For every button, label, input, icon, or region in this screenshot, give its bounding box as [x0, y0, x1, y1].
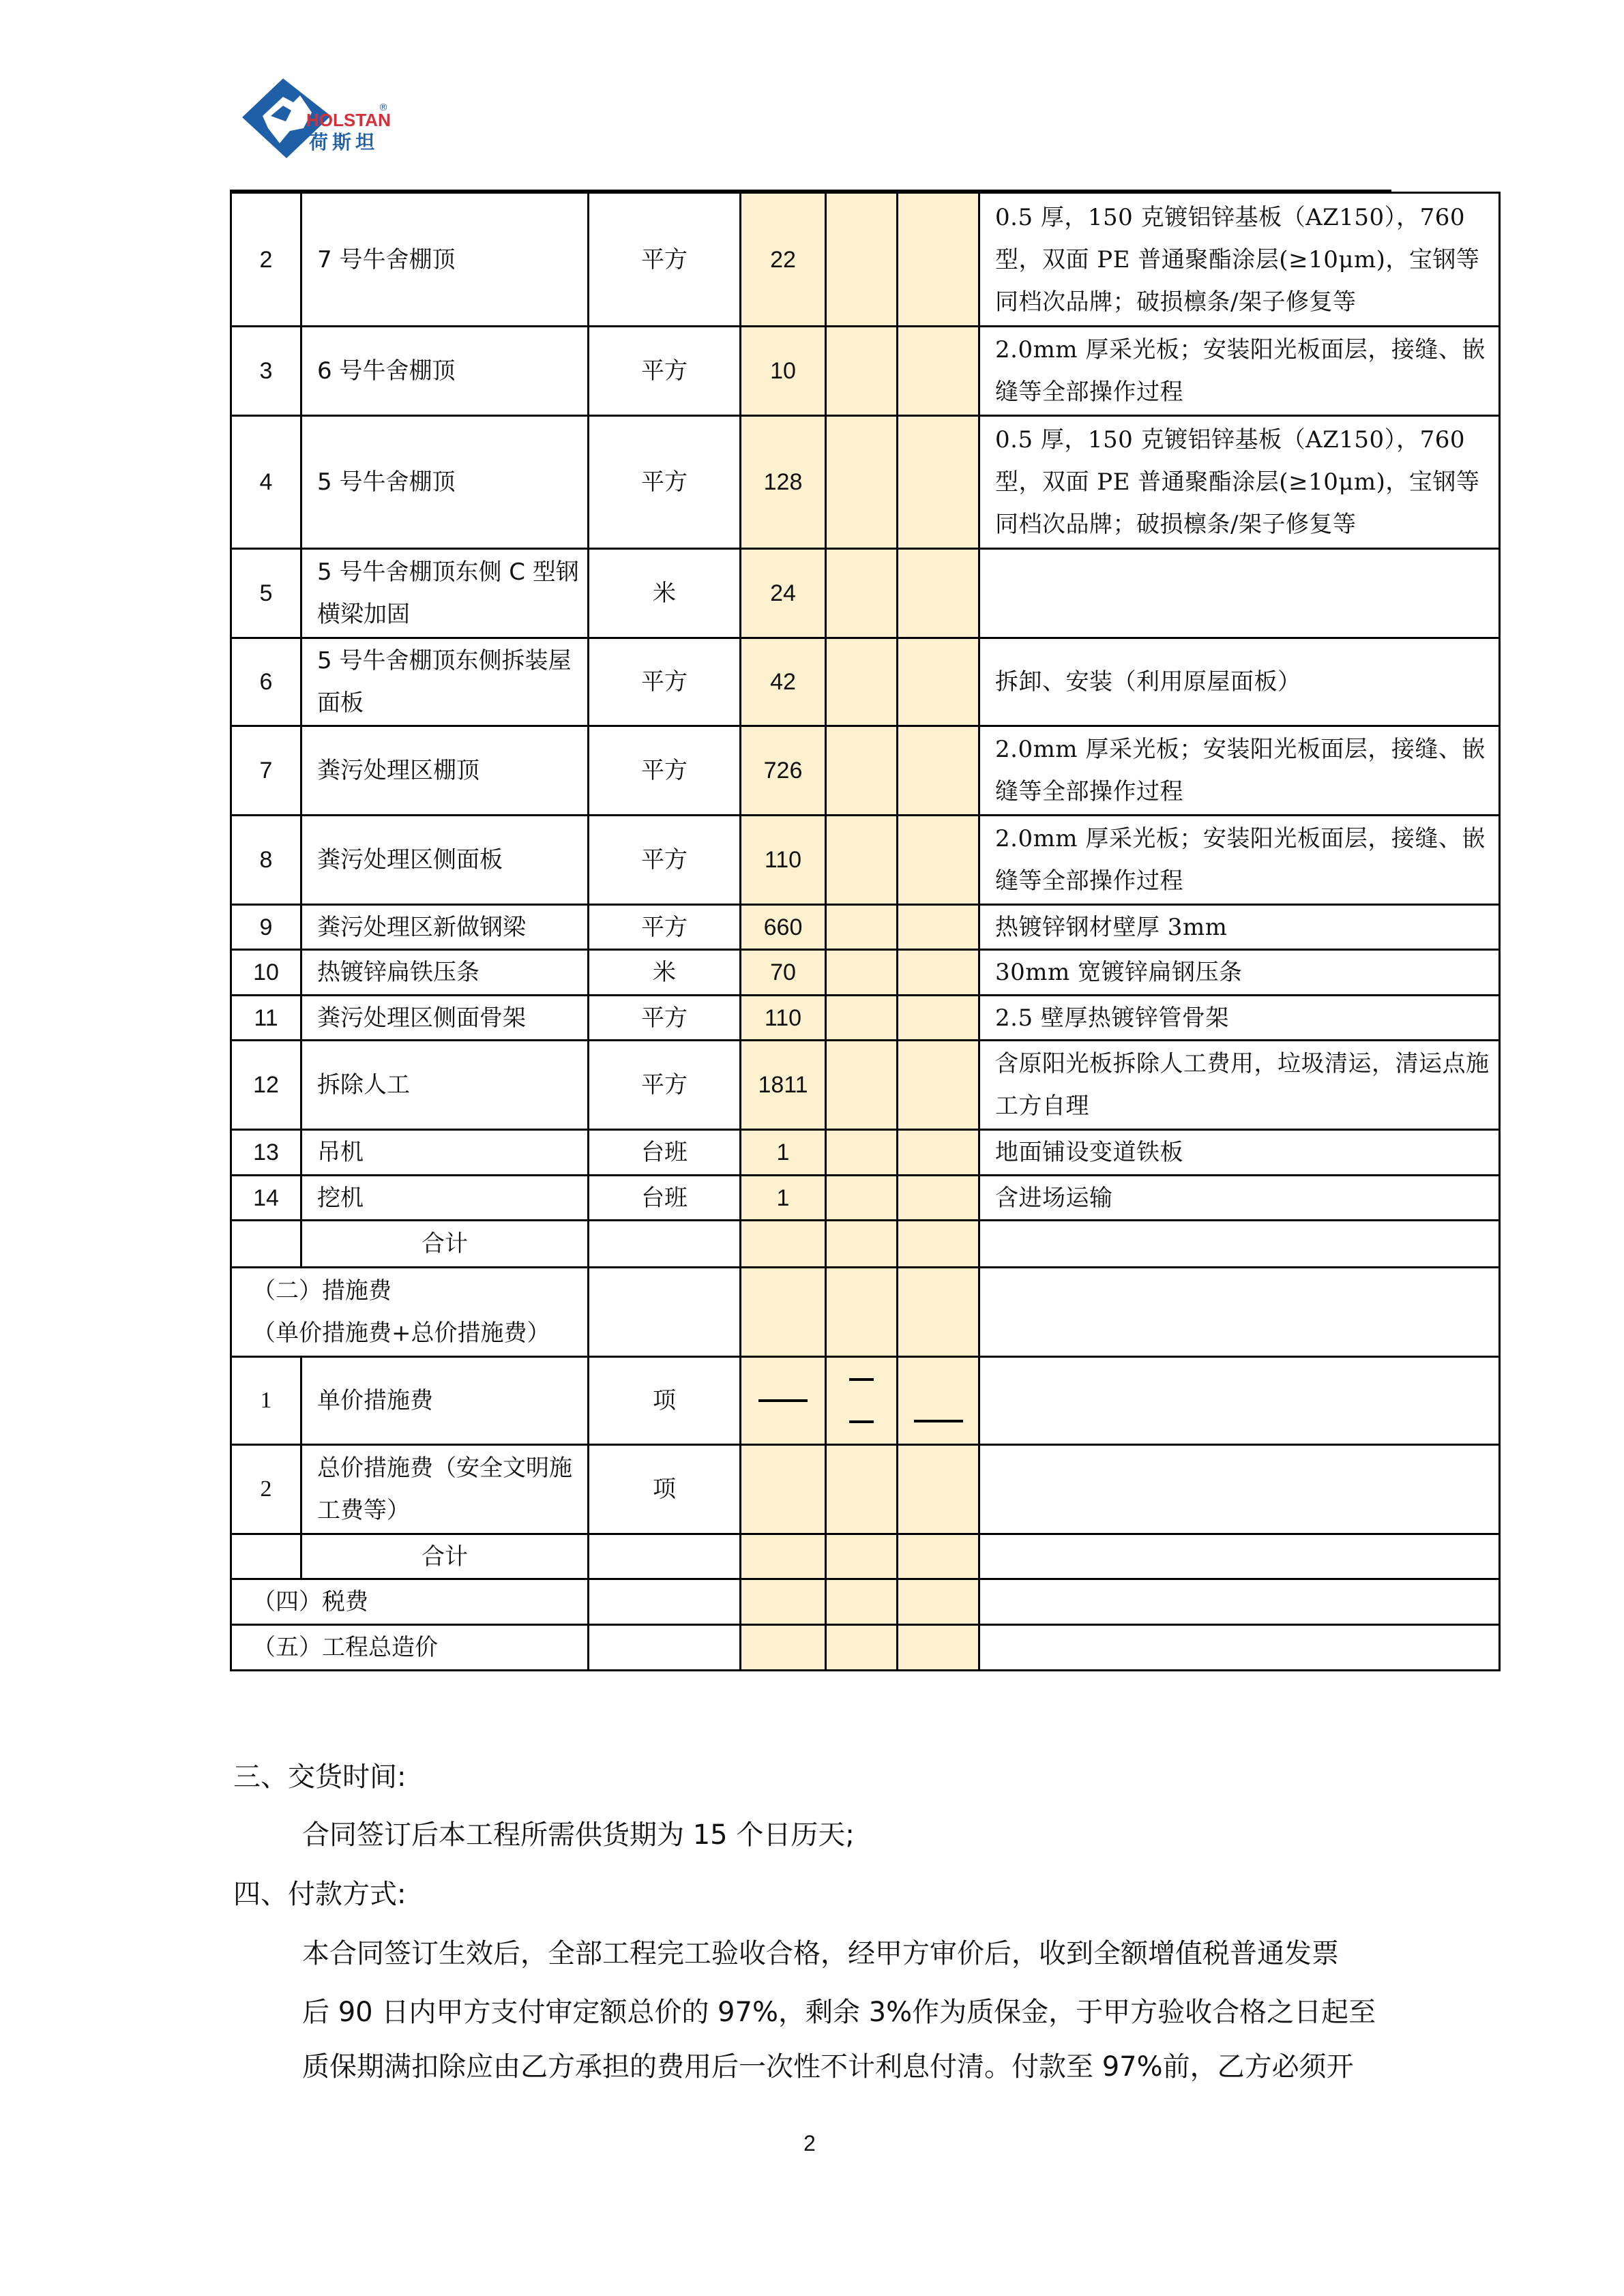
item-desc: 拆卸、安装（利用原屋面板） — [979, 638, 1500, 726]
item-desc: 地面铺设变道铁板 — [979, 1130, 1500, 1176]
subtotal-label: 合计 — [301, 1221, 589, 1268]
item-qty: 22 — [741, 193, 826, 327]
item-no: 11 — [231, 996, 301, 1041]
table-row: 9 粪污处理区新做钢梁 平方 660 热镀锌钢材壁厚 3mm — [231, 905, 1500, 950]
item-unit-price — [826, 193, 898, 327]
empty-cell — [826, 1534, 898, 1579]
item-no: 8 — [231, 816, 301, 905]
empty-cell — [826, 1579, 898, 1625]
item-qty: 128 — [741, 416, 826, 549]
item-amount — [898, 549, 979, 638]
item-amount — [898, 416, 979, 549]
item-no: 13 — [231, 1130, 301, 1176]
empty-cell — [826, 1268, 898, 1357]
subtotal-row: 合计 — [231, 1221, 1500, 1268]
payment-paragraph-line: 本合同签订生效后，全部工程完工验收合格，经甲方审价后，收到全额增值税普通发票 — [302, 1932, 1339, 1971]
item-qty: 1 — [741, 1176, 826, 1221]
empty-cell — [589, 1268, 741, 1357]
item-name: 粪污处理区侧面骨架 — [301, 996, 589, 1041]
item-desc: 0.5 厚，150 克镀铝锌基板（AZ150），760 型，双面 PE 普通聚酯… — [979, 416, 1500, 549]
empty-cell — [589, 1579, 741, 1625]
item-amount-dash — [898, 1357, 979, 1445]
payment-paragraph-line: 后 90 日内甲方支付审定额总价的 97%，剩余 3%作为质保金，于甲方验收合格… — [302, 1991, 1376, 2029]
item-unit: 项 — [589, 1445, 741, 1534]
table-row: 6 5 号牛舍棚顶东侧拆装屋面板 平方 42 拆卸、安装（利用原屋面板） — [231, 638, 1500, 726]
delivery-paragraph: 合同签订后本工程所需供货期为 15 个日历天; — [302, 1813, 855, 1852]
item-unit-price — [826, 1176, 898, 1221]
bill-of-quantities-table: 2 7 号牛舍棚顶 平方 22 0.5 厚，150 克镀铝锌基板（AZ150），… — [230, 192, 1501, 1671]
item-desc: 2.0mm 厚采光板；安装阳光板面层，接缝、嵌缝等全部操作过程 — [979, 327, 1500, 416]
item-name: 5 号牛舍棚顶东侧 C 型钢横梁加固 — [301, 549, 589, 638]
item-unit-price — [826, 950, 898, 996]
measures-section-label: （二）措施费 （单价措施费+总价措施费） — [231, 1268, 589, 1357]
item-name: 7 号牛舍棚顶 — [301, 193, 589, 327]
item-no: 7 — [231, 726, 301, 816]
empty-cell — [741, 1625, 826, 1671]
table-row: 3 6 号牛舍棚顶 平方 10 2.0mm 厚采光板；安装阳光板面层，接缝、嵌缝… — [231, 327, 1500, 416]
item-qty: 24 — [741, 549, 826, 638]
item-name: 总价措施费（安全文明施工费等） — [301, 1445, 589, 1534]
item-qty: 10 — [741, 327, 826, 416]
item-no: 2 — [231, 1445, 301, 1534]
table-row: 14 挖机 台班 1 含进场运输 — [231, 1176, 1500, 1221]
item-amount — [898, 1176, 979, 1221]
item-unit: 项 — [589, 1357, 741, 1445]
item-qty: 110 — [741, 996, 826, 1041]
page-number: 2 — [803, 2131, 816, 2156]
item-desc: 含进场运输 — [979, 1176, 1500, 1221]
item-unit: 平方 — [589, 816, 741, 905]
subtotal-label: 合计 — [301, 1534, 589, 1579]
item-name: 热镀锌扁铁压条 — [301, 950, 589, 996]
dash-mark — [849, 1420, 874, 1423]
item-desc: 含原阳光板拆除人工费用，垃圾清运，清运点施工方自理 — [979, 1041, 1500, 1130]
payment-paragraph-line: 质保期满扣除应由乙方承担的费用后一次性不计利息付清。付款至 97%前，乙方必须开 — [302, 2045, 1354, 2084]
item-unit-price — [826, 816, 898, 905]
cow-head-logo-icon: ® HOLSTAN 荷斯坦 — [235, 75, 392, 160]
item-no: 6 — [231, 638, 301, 726]
table-row: 5 5 号牛舍棚顶东侧 C 型钢横梁加固 米 24 — [231, 549, 1500, 638]
empty-cell — [979, 1625, 1500, 1671]
measures-section-line2: （单价措施费+总价措施费） — [252, 1312, 587, 1354]
item-name: 吊机 — [301, 1130, 589, 1176]
item-name: 拆除人工 — [301, 1041, 589, 1130]
measures-section-row: （二）措施费 （单价措施费+总价措施费） — [231, 1268, 1500, 1357]
item-amount — [898, 1130, 979, 1176]
item-qty: 110 — [741, 816, 826, 905]
subtotal-qty — [741, 1221, 826, 1268]
item-no: 3 — [231, 327, 301, 416]
empty-cell — [589, 1534, 741, 1579]
empty-cell — [589, 1625, 741, 1671]
empty-cell — [589, 1221, 741, 1268]
item-no: 2 — [231, 193, 301, 327]
item-unit-price — [826, 549, 898, 638]
dash-mark — [914, 1420, 963, 1422]
item-unit: 平方 — [589, 327, 741, 416]
item-name: 单价措施费 — [301, 1357, 589, 1445]
subtotal-desc — [979, 1221, 1500, 1268]
item-name: 挖机 — [301, 1176, 589, 1221]
item-unit: 米 — [589, 950, 741, 996]
item-desc — [979, 1445, 1500, 1534]
item-unit: 平方 — [589, 416, 741, 549]
item-unit: 台班 — [589, 1130, 741, 1176]
empty-cell — [898, 1534, 979, 1579]
item-name: 粪污处理区侧面板 — [301, 816, 589, 905]
section-heading-delivery: 三、交货时间: — [233, 1755, 406, 1794]
item-unit-price — [826, 1130, 898, 1176]
table-row: 12 拆除人工 平方 1811 含原阳光板拆除人工费用，垃圾清运，清运点施工方自… — [231, 1041, 1500, 1130]
item-qty — [741, 1445, 826, 1534]
item-name: 6 号牛舍棚顶 — [301, 327, 589, 416]
empty-cell — [231, 1221, 301, 1268]
grand-total-label: （五）工程总造价 — [231, 1625, 589, 1671]
table-row: 2 7 号牛舍棚顶 平方 22 0.5 厚，150 克镀铝锌基板（AZ150），… — [231, 193, 1500, 327]
item-unit-price — [826, 996, 898, 1041]
item-desc: 2.5 壁厚热镀锌管骨架 — [979, 996, 1500, 1041]
item-unit-price — [826, 905, 898, 950]
item-amount — [898, 816, 979, 905]
empty-cell — [979, 1268, 1500, 1357]
section-heading-payment: 四、付款方式: — [233, 1873, 406, 1911]
item-qty: 70 — [741, 950, 826, 996]
item-amount — [898, 996, 979, 1041]
grand-total-row: （五）工程总造价 — [231, 1625, 1500, 1671]
item-no: 14 — [231, 1176, 301, 1221]
item-desc — [979, 1357, 1500, 1445]
item-qty: 660 — [741, 905, 826, 950]
holstan-logo: ® HOLSTAN 荷斯坦 — [235, 75, 392, 160]
item-no: 10 — [231, 950, 301, 996]
item-qty: 1 — [741, 1130, 826, 1176]
table-row: 8 粪污处理区侧面板 平方 110 2.0mm 厚采光板；安装阳光板面层，接缝、… — [231, 816, 1500, 905]
item-unit-price — [826, 1445, 898, 1534]
item-amount — [898, 1041, 979, 1130]
tax-label: （四）税费 — [231, 1579, 589, 1625]
empty-cell — [231, 1534, 301, 1579]
empty-cell — [979, 1534, 1500, 1579]
table-row: 10 热镀锌扁铁压条 米 70 30mm 宽镀锌扁钢压条 — [231, 950, 1500, 996]
item-desc — [979, 549, 1500, 638]
empty-cell — [898, 1268, 979, 1357]
item-name: 粪污处理区棚顶 — [301, 726, 589, 816]
item-desc: 2.0mm 厚采光板；安装阳光板面层，接缝、嵌缝等全部操作过程 — [979, 816, 1500, 905]
measures-section-line1: （二）措施费 — [252, 1270, 587, 1312]
empty-cell — [826, 1625, 898, 1671]
item-amount — [898, 950, 979, 996]
svg-text:HOLSTAN: HOLSTAN — [306, 110, 391, 130]
item-unit: 平方 — [589, 905, 741, 950]
table-row: 4 5 号牛舍棚顶 平方 128 0.5 厚，150 克镀铝锌基板（AZ150）… — [231, 416, 1500, 549]
item-unit: 平方 — [589, 726, 741, 816]
item-unit: 平方 — [589, 193, 741, 327]
item-desc: 2.0mm 厚采光板；安装阳光板面层，接缝、嵌缝等全部操作过程 — [979, 726, 1500, 816]
item-no: 9 — [231, 905, 301, 950]
item-name: 粪污处理区新做钢梁 — [301, 905, 589, 950]
item-unit: 平方 — [589, 996, 741, 1041]
svg-text:荷斯坦: 荷斯坦 — [309, 131, 379, 153]
item-desc: 热镀锌钢材壁厚 3mm — [979, 905, 1500, 950]
item-unit: 平方 — [589, 638, 741, 726]
empty-cell — [741, 1579, 826, 1625]
empty-cell — [898, 1579, 979, 1625]
measures-item-row: 1 单价措施费 项 — [231, 1357, 1500, 1445]
item-qty: 42 — [741, 638, 826, 726]
item-unit: 米 — [589, 549, 741, 638]
tax-row: （四）税费 — [231, 1579, 1500, 1625]
item-amount — [898, 726, 979, 816]
item-desc: 30mm 宽镀锌扁钢压条 — [979, 950, 1500, 996]
item-unit-price — [826, 1041, 898, 1130]
table-row: 13 吊机 台班 1 地面铺设变道铁板 — [231, 1130, 1500, 1176]
item-amount — [898, 327, 979, 416]
item-amount — [898, 1445, 979, 1534]
item-no: 4 — [231, 416, 301, 549]
item-unit-price — [826, 327, 898, 416]
item-unit: 台班 — [589, 1176, 741, 1221]
item-amount — [898, 638, 979, 726]
item-no: 1 — [231, 1357, 301, 1445]
item-unit-price — [826, 638, 898, 726]
measures-item-row: 2 总价措施费（安全文明施工费等） 项 — [231, 1445, 1500, 1534]
empty-cell — [741, 1534, 826, 1579]
item-no: 5 — [231, 549, 301, 638]
table-row: 11 粪污处理区侧面骨架 平方 110 2.5 壁厚热镀锌管骨架 — [231, 996, 1500, 1041]
item-qty: 726 — [741, 726, 826, 816]
item-unit: 平方 — [589, 1041, 741, 1130]
item-no: 12 — [231, 1041, 301, 1130]
empty-cell — [979, 1579, 1500, 1625]
item-unit-price-dash — [826, 1357, 898, 1445]
dash-mark — [758, 1399, 808, 1402]
measures-subtotal-row: 合计 — [231, 1534, 1500, 1579]
item-desc: 0.5 厚，150 克镀铝锌基板（AZ150），760 型，双面 PE 普通聚酯… — [979, 193, 1500, 327]
item-unit-price — [826, 726, 898, 816]
item-name: 5 号牛舍棚顶 — [301, 416, 589, 549]
dash-mark — [849, 1378, 874, 1381]
subtotal-unit-price — [826, 1221, 898, 1268]
item-name: 5 号牛舍棚顶东侧拆装屋面板 — [301, 638, 589, 726]
subtotal-amount — [898, 1221, 979, 1268]
item-amount — [898, 193, 979, 327]
empty-cell — [898, 1625, 979, 1671]
item-unit-price — [826, 416, 898, 549]
item-qty-dash — [741, 1357, 826, 1445]
item-qty: 1811 — [741, 1041, 826, 1130]
empty-cell — [741, 1268, 826, 1357]
table-row: 7 粪污处理区棚顶 平方 726 2.0mm 厚采光板；安装阳光板面层，接缝、嵌… — [231, 726, 1500, 816]
item-amount — [898, 905, 979, 950]
